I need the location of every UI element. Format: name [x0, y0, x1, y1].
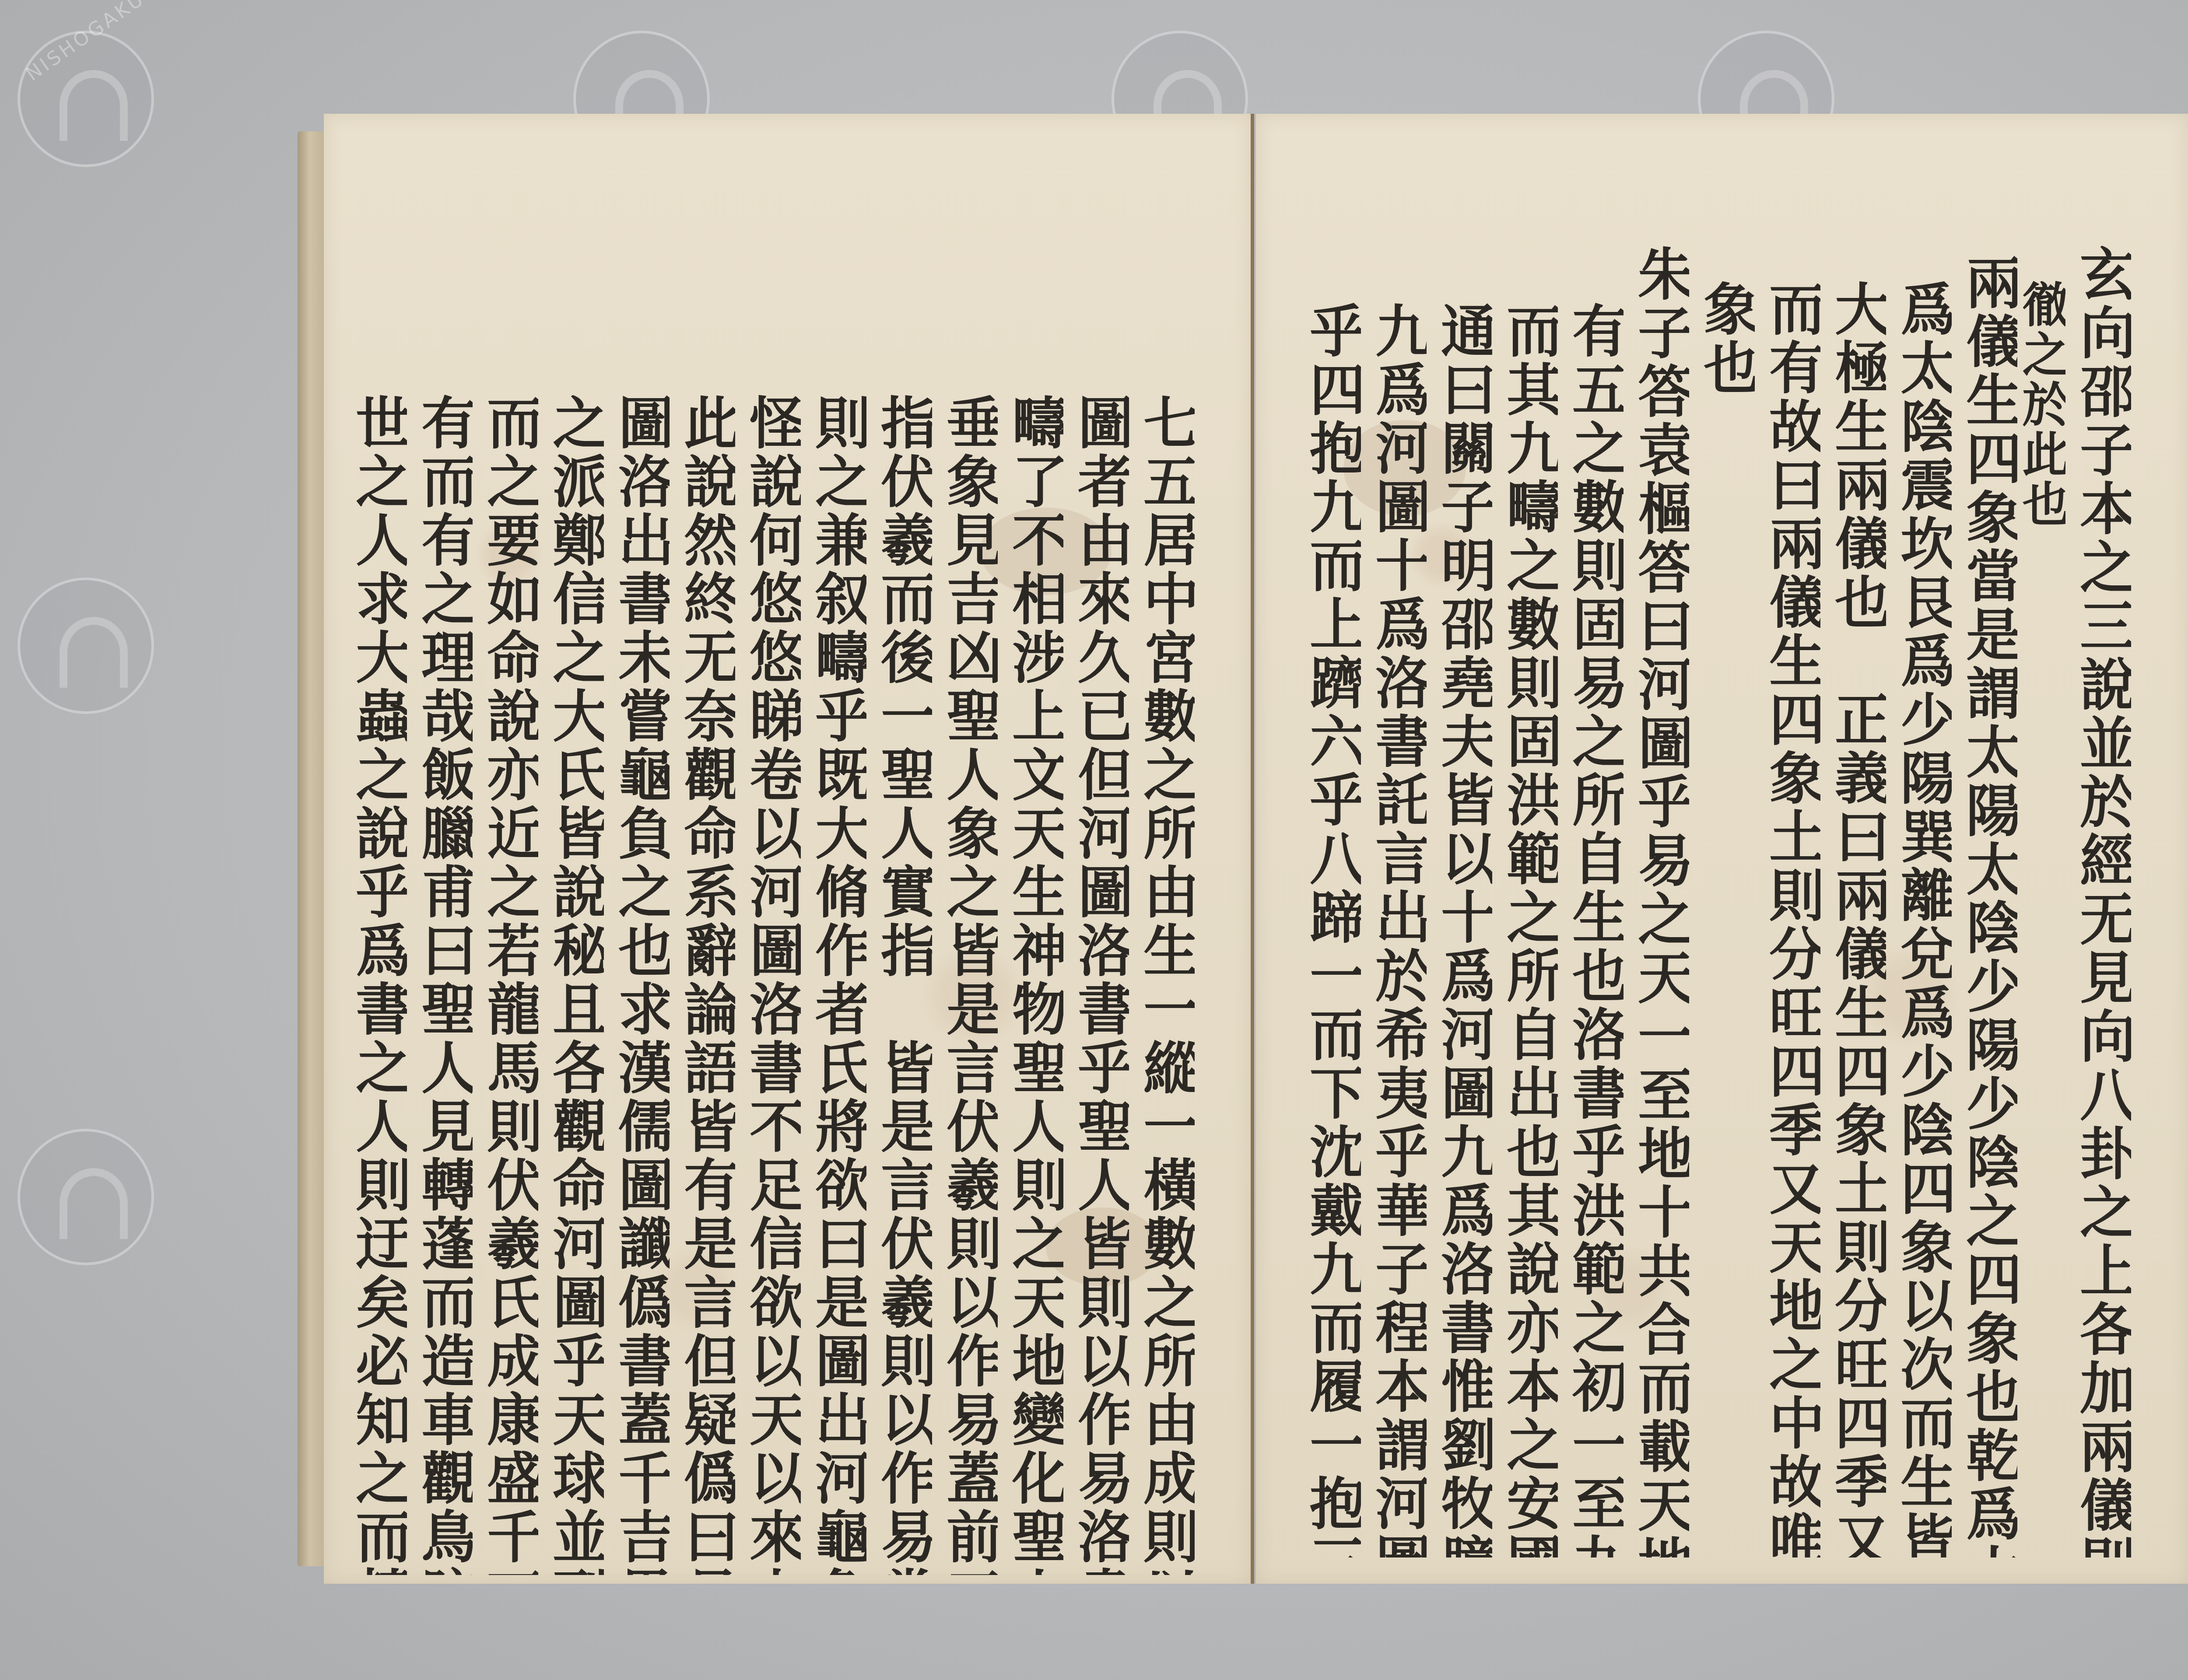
- text-column: 九爲河圖十爲洛書託言出於希夷乎華子程本謂河圖之二: [1361, 245, 1427, 1557]
- text-column: 象也: [1689, 245, 1755, 1557]
- text-column: 世之人求大蟲之說乎爲書之人則迂矣必知之而轉蓬鳥跡: [341, 394, 407, 1575]
- text-column: 疇了不相涉上文天生神物聖人則之天地變化聖人效之天: [998, 394, 1063, 1575]
- book-spine: [1251, 114, 1254, 1584]
- watermark-logo-icon: NISHOGAKUSHA: [18, 31, 154, 167]
- text-column: 玄向邵子本之三說並於經无見向八卦之上各加兩儀則矣: [2065, 245, 2131, 1557]
- text-column: 之派鄭信之大氏皆說秘且各觀命河圖乎天球並列尚爲王: [538, 394, 604, 1575]
- text-column: 爲太陰震坎艮爲少陽巽離兌爲少陰四象以次而生皆係於: [1886, 245, 1952, 1557]
- text-column: 圖者由來久已但河圖洛書乎聖人皆則以作易洛書乎洪範九: [1063, 394, 1129, 1575]
- text-column: 則之兼叙疇乎既大脩作者氏將欲曰是圖出河龜負疇自古: [801, 394, 866, 1575]
- text-column: 通曰關子明邵堯夫皆以十爲河圖九爲洛書惟劉牧臆見以: [1427, 245, 1492, 1557]
- text-column: 兩儀生四象當是謂太陽太陰少陽少陰之四象也乾爲太陽坤: [1952, 245, 2017, 1557]
- text-column: 有而有之理哉飯臘甫曰聖人見轉蓬而造車觀鳥跡而製字: [407, 394, 473, 1575]
- text-column: 怪說何悠悠睇卷以河圖洛書不足信欲以天以來上有: [735, 394, 801, 1575]
- text-column: 圖洛出書未嘗龜負之也求漢儒圖讖僞書蓋千吉異其說: [604, 394, 670, 1575]
- text-column: 乎四抱九而上躋六乎八蹄一而下沈戴九而履一抱三而持: [1295, 245, 1361, 1557]
- text-column: 而其九疇之數則固洪範之所自出也其說亦本之安國蔡季: [1492, 245, 1558, 1557]
- text-column: 有五之數則固易之所自生也洛書乎洪範之初一至九共合: [1558, 245, 1623, 1557]
- right-page: 玄向邵子本之三說並於經无見向八卦之上各加兩儀則矣 徹之於此也 兩儀生四象當是謂太…: [1256, 114, 2188, 1584]
- open-book: 七五居中宮數之所由生一縱一橫數之所由成則以十爲河 圖者由來久已但河圖洛書乎聖人皆…: [298, 114, 2188, 1584]
- left-page: 七五居中宮數之所由生一縱一橫數之所由成則以十爲河 圖者由來久已但河圖洛書乎聖人皆…: [324, 114, 1252, 1584]
- right-page-text: 玄向邵子本之三說並於經无見向八卦之上各加兩儀則矣 徹之於此也 兩儀生四象當是謂太…: [1256, 245, 2131, 1557]
- text-column: 大極生兩儀也 正義曰兩儀生四象土則分旺四季又天地: [1820, 245, 1886, 1557]
- text-column: 朱子答袁樞答曰河圖乎易之天一至地十共合而載天地五十: [1623, 245, 1689, 1557]
- text-column: 而有故曰兩儀生四象土則分旺四季又天地之中故唯曰四: [1755, 245, 1820, 1557]
- watermark-logo-icon: [18, 577, 154, 714]
- text-column: 七五居中宮數之所由生一縱一橫數之所由成則以十爲河: [1129, 394, 1195, 1575]
- text-column: 此說然終无奈觀命系辭論語皆有是言但疑僞曰易言河出: [670, 394, 735, 1575]
- text-column: 而之要如命說亦近之若龍馬則伏羲氏成康盛千万年豈: [473, 394, 538, 1575]
- text-column: 指伏羲而後一聖人實指 皆是言伏羲則以作易當前三聖人專: [866, 394, 932, 1575]
- watermark-logo-icon: [18, 1129, 154, 1265]
- left-page-text: 七五居中宮數之所由生一縱一橫數之所由成則以十爲河 圖者由來久已但河圖洛書乎聖人皆…: [341, 394, 1195, 1575]
- text-column: 徹之於此也: [2017, 245, 2065, 1557]
- text-column: 垂象見吉凶聖人象之皆是言伏羲則以作易蓋前三聖人專: [932, 394, 998, 1575]
